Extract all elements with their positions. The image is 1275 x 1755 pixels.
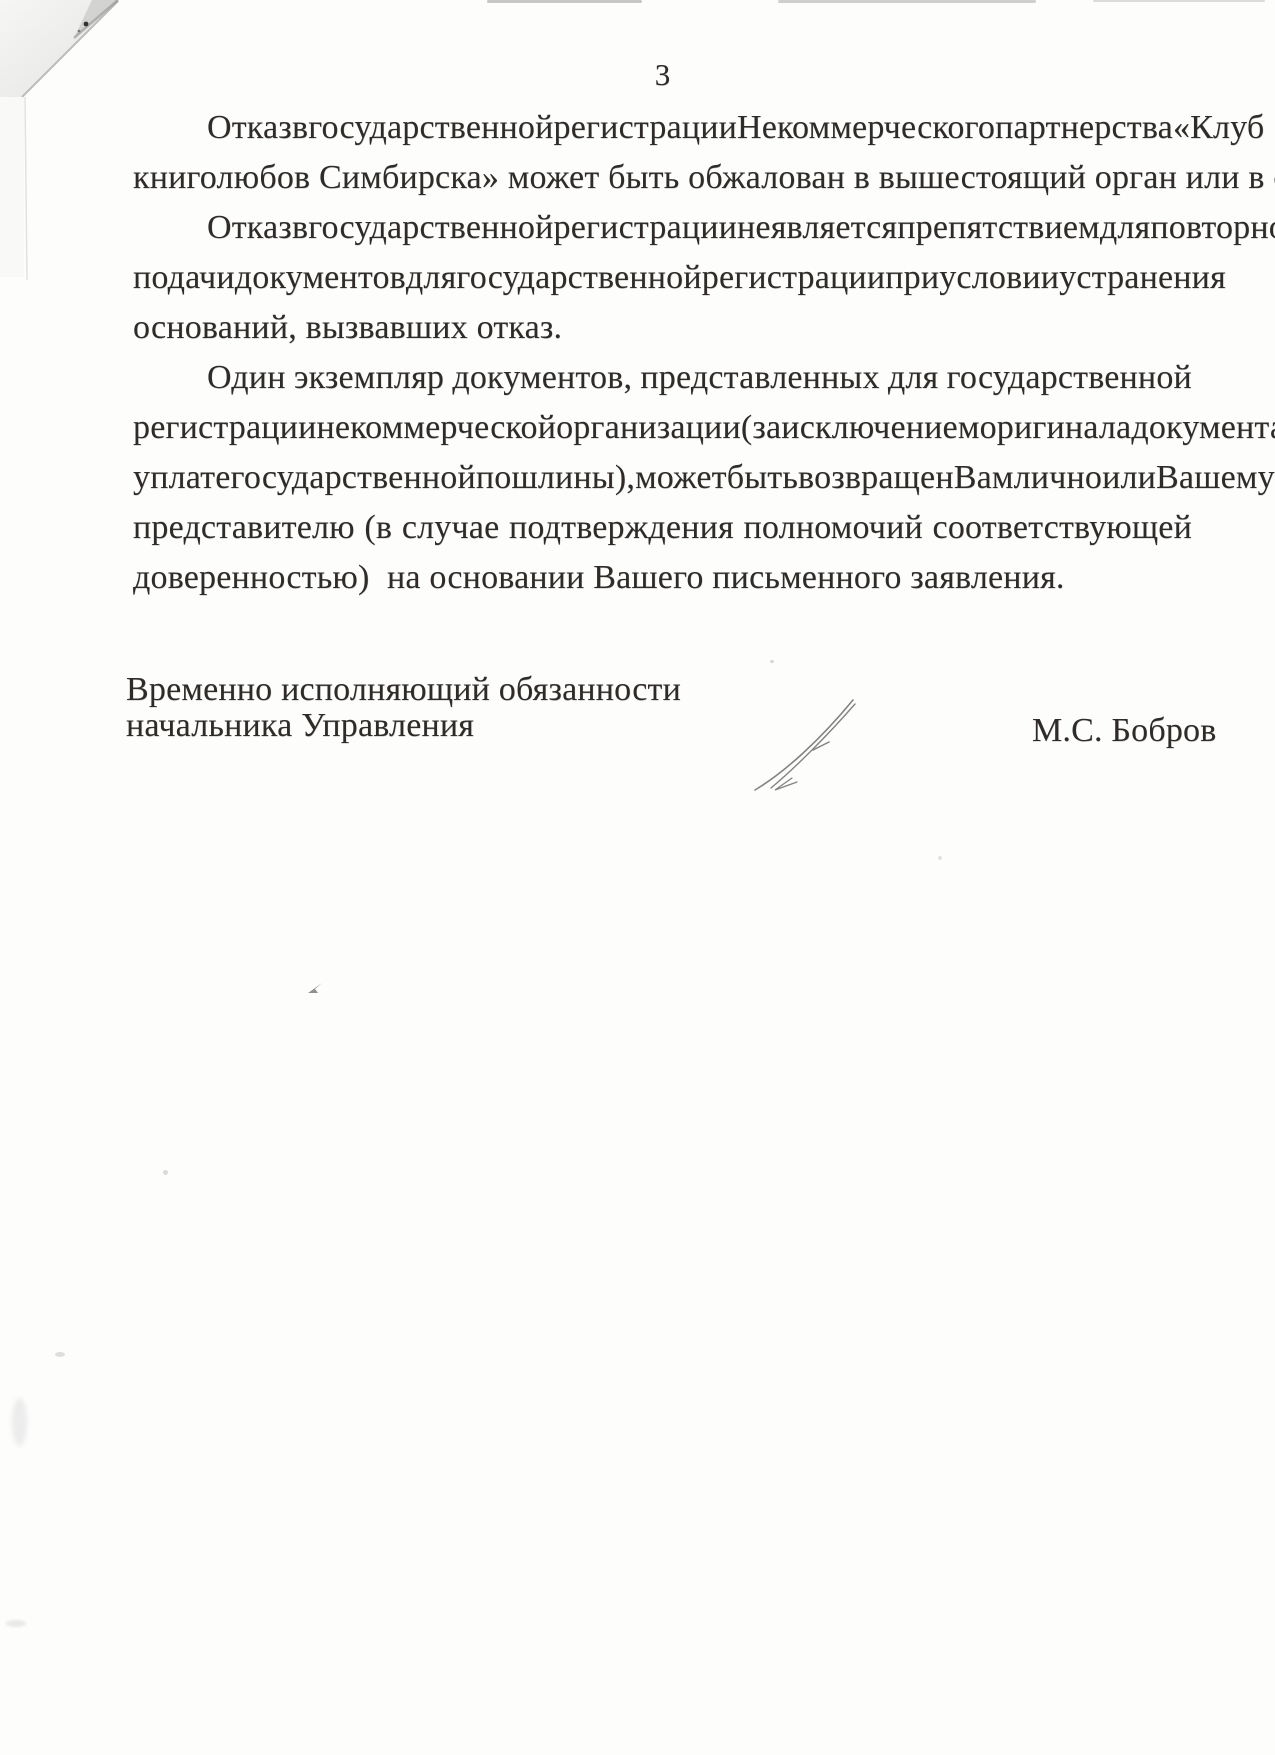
word: условии	[939, 253, 1059, 303]
word: регистрации	[554, 203, 737, 253]
word: устранения	[1059, 253, 1226, 303]
word: в	[292, 203, 308, 253]
word: случае	[402, 503, 500, 553]
word: Вам	[954, 453, 1014, 503]
word: препятствием	[897, 203, 1100, 253]
word: (за	[741, 403, 781, 453]
word: регистрации	[554, 103, 737, 153]
paragraph-3-line-1: Одинэкземплярдокументов,представленныхдл…	[133, 353, 1192, 403]
word: «Клуб	[1173, 103, 1265, 153]
word: Вашему	[1156, 453, 1275, 503]
paragraph-3-line-4: представителю(вслучаеподтвержденияполном…	[133, 503, 1192, 553]
signoff-title-line-1: Временно исполняющий обязанности	[126, 672, 681, 708]
word: государственной	[308, 203, 553, 253]
scan-speck	[6, 1620, 26, 1627]
word: представителю	[133, 503, 355, 553]
paragraph-3-line-2: регистрациинекоммерческойорганизации(заи…	[133, 403, 1192, 453]
word: представленных	[640, 353, 879, 403]
signer-name: М.С. Бобров	[1032, 713, 1217, 749]
page-number: 3	[133, 58, 1192, 92]
paragraph-1-line-2: книголюбов Симбирска» может быть обжалов…	[133, 153, 1192, 203]
paragraph-2-line-1: Отказвгосударственнойрегистрациинеявляет…	[133, 203, 1192, 253]
word: для	[1100, 203, 1151, 253]
word: быть	[727, 453, 798, 503]
scan-speck	[163, 1170, 168, 1175]
word: документов	[235, 253, 406, 303]
word: документов,	[452, 353, 632, 403]
word: государственной	[947, 353, 1192, 403]
word: возвращен	[798, 453, 954, 503]
paragraph-2-line-2: подачидокументовдлягосударственнойрегист…	[133, 253, 1192, 303]
word: или	[1102, 453, 1156, 503]
scan-mark	[308, 983, 324, 995]
signoff-title: Временно исполняющий обязанности начальн…	[126, 672, 681, 744]
paragraph-2-line-3: оснований, вызвавших отказ.	[133, 303, 1192, 353]
word: партнерства	[995, 103, 1173, 153]
word: некоммерческой	[316, 403, 556, 453]
paragraph-3-line-3: уплатегосударственнойпошлины),можетбытьв…	[133, 453, 1192, 503]
paragraph-1-line-1: ОтказвгосударственнойрегистрацииНекоммер…	[133, 103, 1192, 153]
word: Отказ	[207, 103, 292, 153]
word: государственной	[456, 253, 701, 303]
scan-edge-smudge	[487, 0, 642, 3]
signoff-title-line-2: начальника Управления	[126, 708, 681, 744]
word: является	[771, 203, 898, 253]
word: лично	[1014, 453, 1102, 503]
word: уплате	[133, 453, 231, 503]
word: при	[885, 253, 939, 303]
word: пошлины),	[476, 453, 635, 503]
word: регистрации	[133, 403, 316, 453]
word: не	[737, 203, 771, 253]
paragraph-3-line-5: доверенностью) на основании Вашего письм…	[133, 553, 1192, 603]
word: Один	[207, 353, 286, 403]
scan-speck	[12, 1398, 27, 1446]
word: государственной	[308, 103, 553, 153]
word: подтверждения	[509, 503, 734, 553]
word: повторной	[1150, 203, 1275, 253]
word: (в	[364, 503, 392, 553]
word: может	[635, 453, 727, 503]
word: для	[888, 353, 939, 403]
folded-corner	[0, 0, 140, 300]
word: подачи	[133, 253, 235, 303]
signature	[745, 690, 875, 795]
scan-speck	[938, 856, 942, 860]
word: соответствующей	[933, 503, 1192, 553]
word: полномочий	[744, 503, 923, 553]
scan-edge-smudge	[778, 0, 1036, 3]
word: государственной	[231, 453, 476, 503]
scan-speck	[55, 1352, 65, 1357]
body-text: ОтказвгосударственнойрегистрацииНекоммер…	[133, 103, 1192, 603]
word: регистрации	[702, 253, 885, 303]
word: организации	[556, 403, 741, 453]
word: документа	[1131, 403, 1275, 453]
scanned-document-page: 3 ОтказвгосударственнойрегистрацииНекомм…	[0, 0, 1275, 1755]
word: Отказ	[207, 203, 292, 253]
scan-edge-smudge	[1093, 0, 1265, 2]
scan-speck	[770, 660, 774, 663]
word: экземпляр	[294, 353, 444, 403]
word: для	[406, 253, 457, 303]
word: оригинала	[980, 403, 1132, 453]
word: в	[292, 103, 308, 153]
word: исключением	[781, 403, 979, 453]
word: Некоммерческого	[737, 103, 995, 153]
